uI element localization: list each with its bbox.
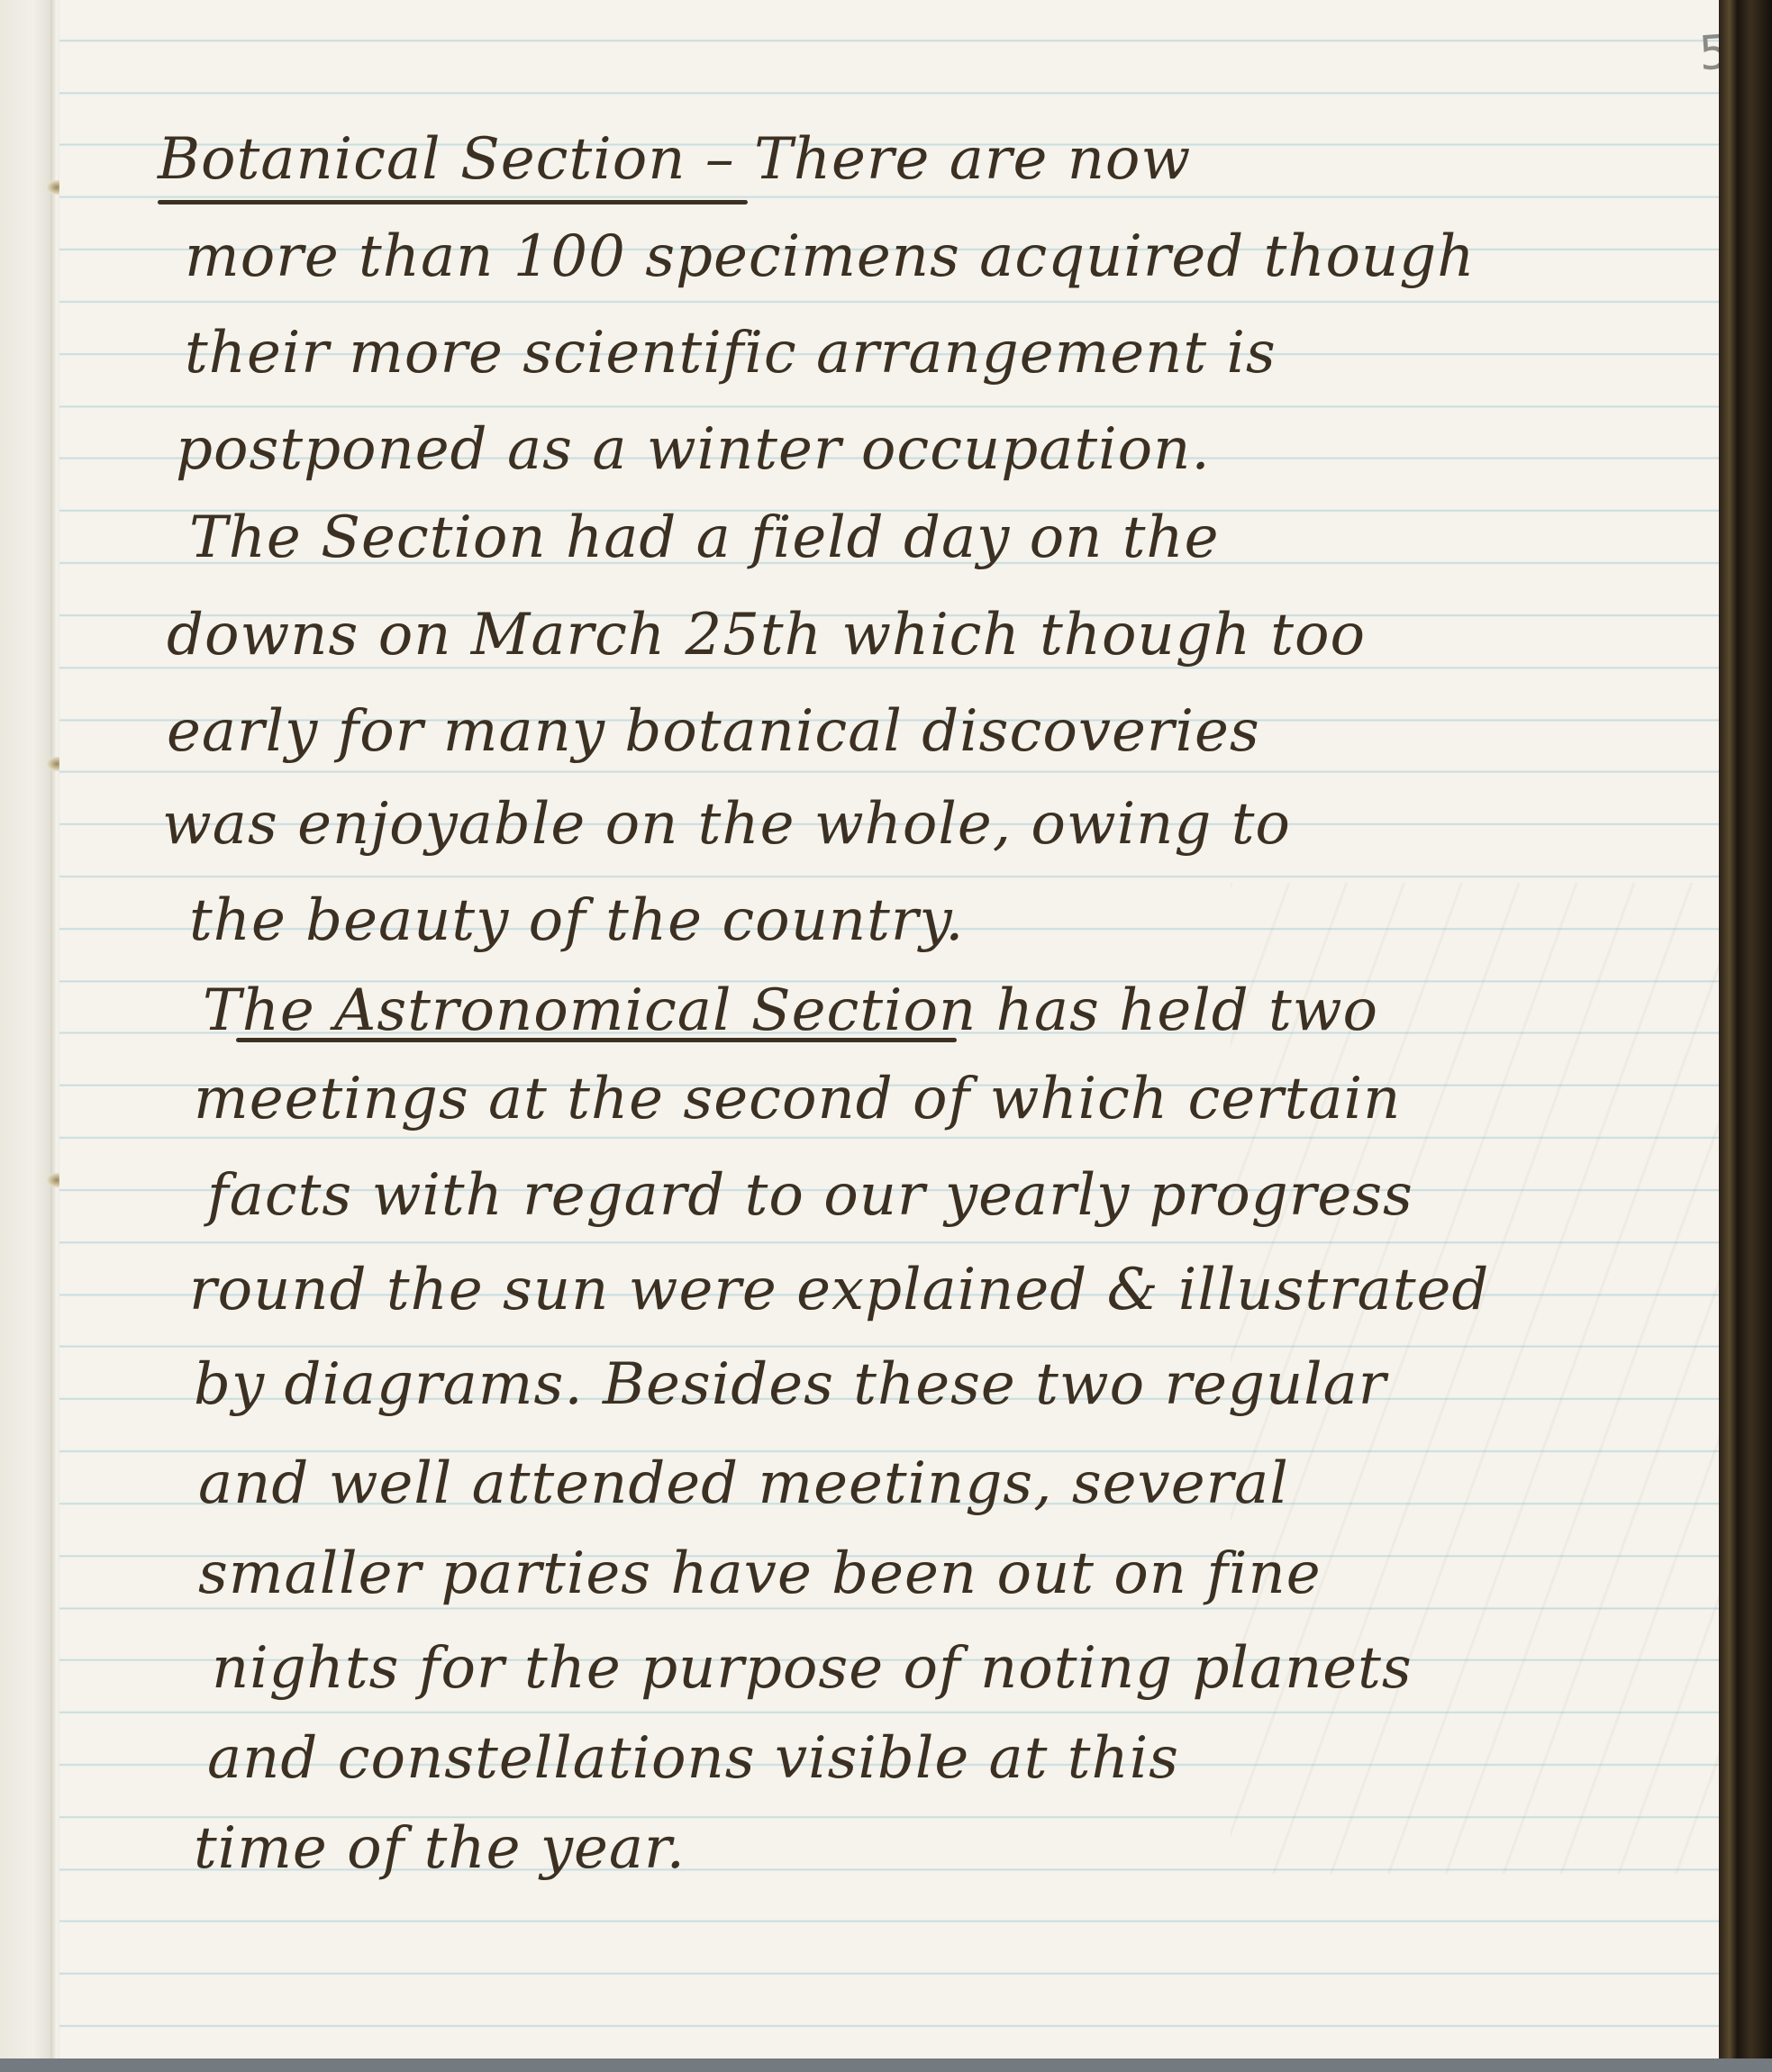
scan-background bbox=[0, 2058, 1772, 2072]
heading-underline bbox=[158, 200, 748, 204]
manuscript-line: The Section had a field day on the bbox=[189, 504, 1220, 571]
manuscript-line: downs on March 25th which though too bbox=[167, 602, 1366, 668]
manuscript-line: nights for the purpose of noting planets bbox=[212, 1635, 1413, 1702]
manuscript-line: time of the year. bbox=[194, 1815, 686, 1882]
manuscript-line: more than 100 specimens acquired though bbox=[185, 223, 1475, 290]
manuscript-line: by diagrams. Besides these two regular bbox=[194, 1351, 1386, 1418]
manuscript-line: and constellations visible at this bbox=[207, 1725, 1179, 1792]
manuscript-line: was enjoyable on the whole, owing to bbox=[162, 791, 1291, 858]
manuscript-line: facts with regard to our yearly progress bbox=[207, 1162, 1413, 1229]
section-heading-line: The Astronomical Section has held two bbox=[203, 977, 1378, 1044]
manuscript-line: meetings at the second of which certain bbox=[194, 1066, 1401, 1132]
heading-underline bbox=[236, 1038, 957, 1042]
manuscript-line: postponed as a winter occupation. bbox=[176, 416, 1211, 483]
book-cover-edge bbox=[1719, 0, 1772, 2072]
manuscript-line: smaller parties have been out on fine bbox=[198, 1540, 1322, 1607]
facing-page-edge bbox=[0, 0, 58, 2058]
manuscript-line: and well attended meetings, several bbox=[198, 1450, 1289, 1517]
manuscript-line: the beauty of the country. bbox=[189, 887, 964, 954]
manuscript-line: their more scientific arrangement is bbox=[185, 320, 1277, 386]
manuscript-line: round the sun were explained & illustrat… bbox=[189, 1257, 1489, 1323]
section-heading-line: Botanical Section – There are now bbox=[158, 126, 1191, 193]
manuscript-page: 54 Botanical Section – There are nowmore… bbox=[59, 0, 1719, 2065]
manuscript-line: early for many botanical discoveries bbox=[167, 698, 1260, 765]
